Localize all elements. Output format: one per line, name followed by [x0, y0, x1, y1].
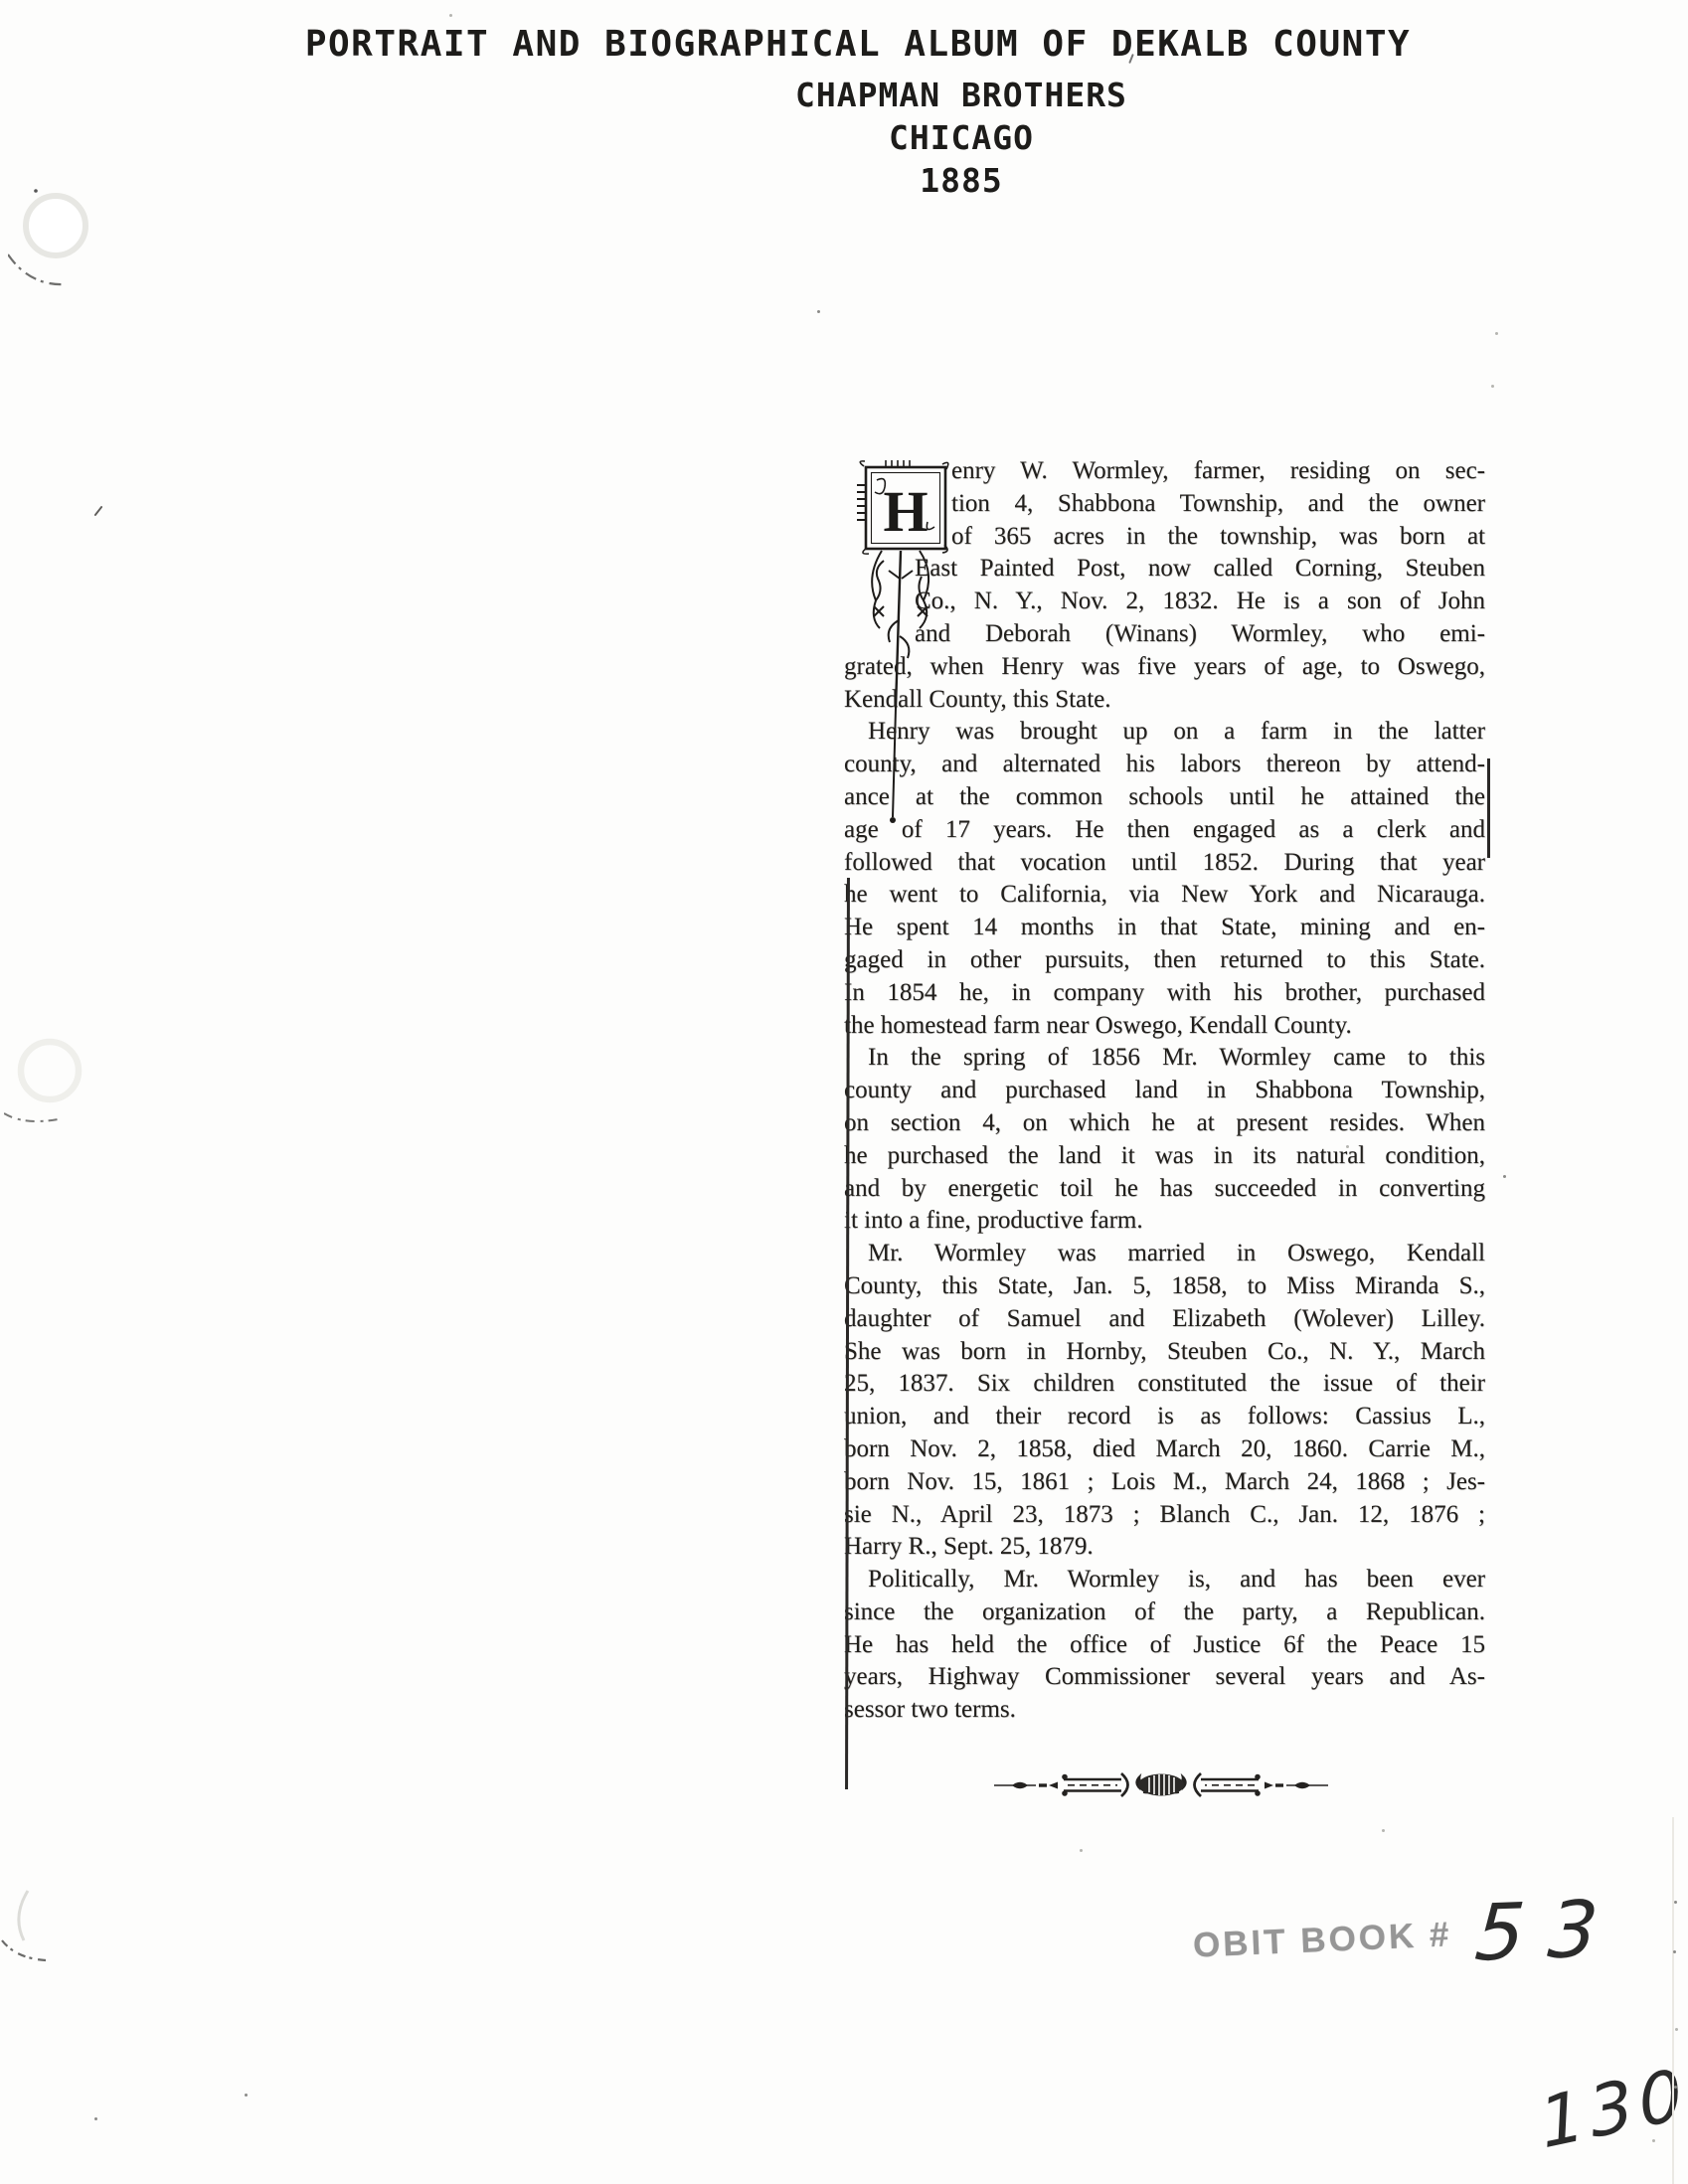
article-line: 25, 1837. Six children constituted the i…: [844, 1368, 1485, 1401]
article-line: on section 4, on which he at present res…: [844, 1107, 1485, 1140]
scan-speck: [1652, 2139, 1655, 2142]
scan-speck: [1674, 1901, 1677, 1904]
article-line: age of 17 years. He then engaged as a cl…: [844, 814, 1485, 847]
article-line: In the spring of 1856 Mr. Wormley came t…: [844, 1042, 1485, 1075]
imprint-city: CHICAGO: [117, 116, 1688, 159]
scan-speck: [1674, 2086, 1677, 2089]
article-line: He spent 14 months in that State, mining…: [844, 912, 1485, 944]
scan-speck: [1080, 1849, 1083, 1852]
scan-speck: [1495, 332, 1498, 335]
article-line: since the organization of the party, a R…: [844, 1596, 1485, 1629]
page-title: PORTRAIT AND BIOGRAPHICAL ALBUM OF DEKAL…: [14, 24, 1688, 65]
handwritten-obit-number: 53: [1472, 1884, 1624, 1978]
scan-speck: [94, 2117, 97, 2120]
article-line: grated, when Henry was five years of age…: [844, 651, 1485, 684]
scan-speck: [1382, 1829, 1385, 1832]
article-line: county, and alternated his labors thereo…: [844, 749, 1485, 781]
article: H enry W. Wormley, farmer, residing on s…: [844, 455, 1485, 1727]
scan-speck: [1346, 1145, 1349, 1148]
column-rule-right: [1487, 758, 1490, 858]
imprint-publisher: CHAPMAN BROTHERS: [117, 74, 1688, 116]
article-line: Co., N. Y., Nov. 2, 1832. He is a son of…: [915, 586, 1485, 618]
article-line: She was born in Hornby, Steuben Co., N. …: [844, 1336, 1485, 1369]
article-line: daughter of Samuel and Elizabeth (Woleve…: [844, 1303, 1485, 1336]
binder-hole-mark-top: [8, 179, 117, 298]
ornamental-divider: [992, 1762, 1330, 1807]
article-line: years, Highway Commissioner several year…: [844, 1661, 1485, 1694]
article-line: and Deborah (Winans) Wormley, who emi-: [915, 618, 1485, 651]
article-line: Politically, Mr. Wormley is, and has bee…: [844, 1564, 1485, 1596]
article-line: Mr. Wormley was married in Oswego, Kenda…: [844, 1238, 1485, 1270]
article-line: Harry R., Sept. 25, 1879.: [844, 1531, 1485, 1564]
scan-speck: [1675, 2028, 1678, 2031]
handwritten-page-number: 130: [1535, 2053, 1688, 2165]
obit-book-stamp: OBIT BOOK #: [1192, 1915, 1452, 1965]
article-text: enry W. Wormley, farmer, residing on sec…: [844, 455, 1485, 1727]
scan-speck: [449, 14, 452, 17]
article-line: he went to California, via New York and …: [844, 879, 1485, 912]
article-line: ance at the common schools until he atta…: [844, 781, 1485, 814]
article-line: County, this State, Jan. 5, 1858, to Mis…: [844, 1270, 1485, 1303]
article-line: In 1854 he, in company with his brother,…: [844, 977, 1485, 1010]
scan-speck: [817, 310, 820, 313]
article-line: union, and their record is as follows: C…: [844, 1401, 1485, 1433]
scan-edge-line: [1672, 1817, 1674, 2184]
scan-speck: [1673, 1950, 1676, 1953]
article-line: born Nov. 2, 1858, died March 20, 1860. …: [844, 1433, 1485, 1466]
article-line: gaged in other pursuits, then returned t…: [844, 944, 1485, 977]
binder-hole-mark-middle: [4, 1024, 113, 1133]
article-line: enry W. Wormley, farmer, residing on sec…: [951, 455, 1485, 488]
scan-speck: [1503, 1175, 1506, 1178]
article-line: followed that vocation until 1852. Durin…: [844, 847, 1485, 880]
article-line: born Nov. 15, 1861 ; Lois M., March 24, …: [844, 1466, 1485, 1499]
article-line: and by energetic toil he has succeeded i…: [844, 1173, 1485, 1206]
article-line: of 365 acres in the township, was born a…: [951, 521, 1485, 554]
article-line: Henry was brought up on a farm in the la…: [844, 716, 1485, 749]
article-line: sie N., April 23, 1873 ; Blanch C., Jan.…: [844, 1499, 1485, 1532]
article-line: tion 4, Shabbona Township, and the owner: [951, 488, 1485, 521]
imprint-year: 1885: [117, 159, 1688, 202]
article-line: he purchased the land it was in its natu…: [844, 1140, 1485, 1173]
article-line: East Painted Post, now called Corning, S…: [915, 553, 1485, 586]
imprint-block: CHAPMAN BROTHERS CHICAGO 1885: [117, 74, 1688, 202]
article-line: Kendall County, this State.: [844, 684, 1485, 717]
scan-speck: [245, 2094, 248, 2097]
scan-speck: [1491, 385, 1494, 388]
scan-speck: [94, 506, 103, 517]
article-line: He has held the office of Justice 6f the…: [844, 1629, 1485, 1662]
article-line: county and purchased land in Shabbona To…: [844, 1075, 1485, 1107]
article-line: it into a fine, productive farm.: [844, 1205, 1485, 1238]
article-line: sessor two terms.: [844, 1694, 1485, 1727]
article-line: the homestead farm near Oswego, Kendall …: [844, 1010, 1485, 1043]
scanned-page: PORTRAIT AND BIOGRAPHICAL ALBUM OF DEKAL…: [0, 0, 1688, 2184]
binder-hole-mark-bottom: [0, 1879, 70, 1973]
